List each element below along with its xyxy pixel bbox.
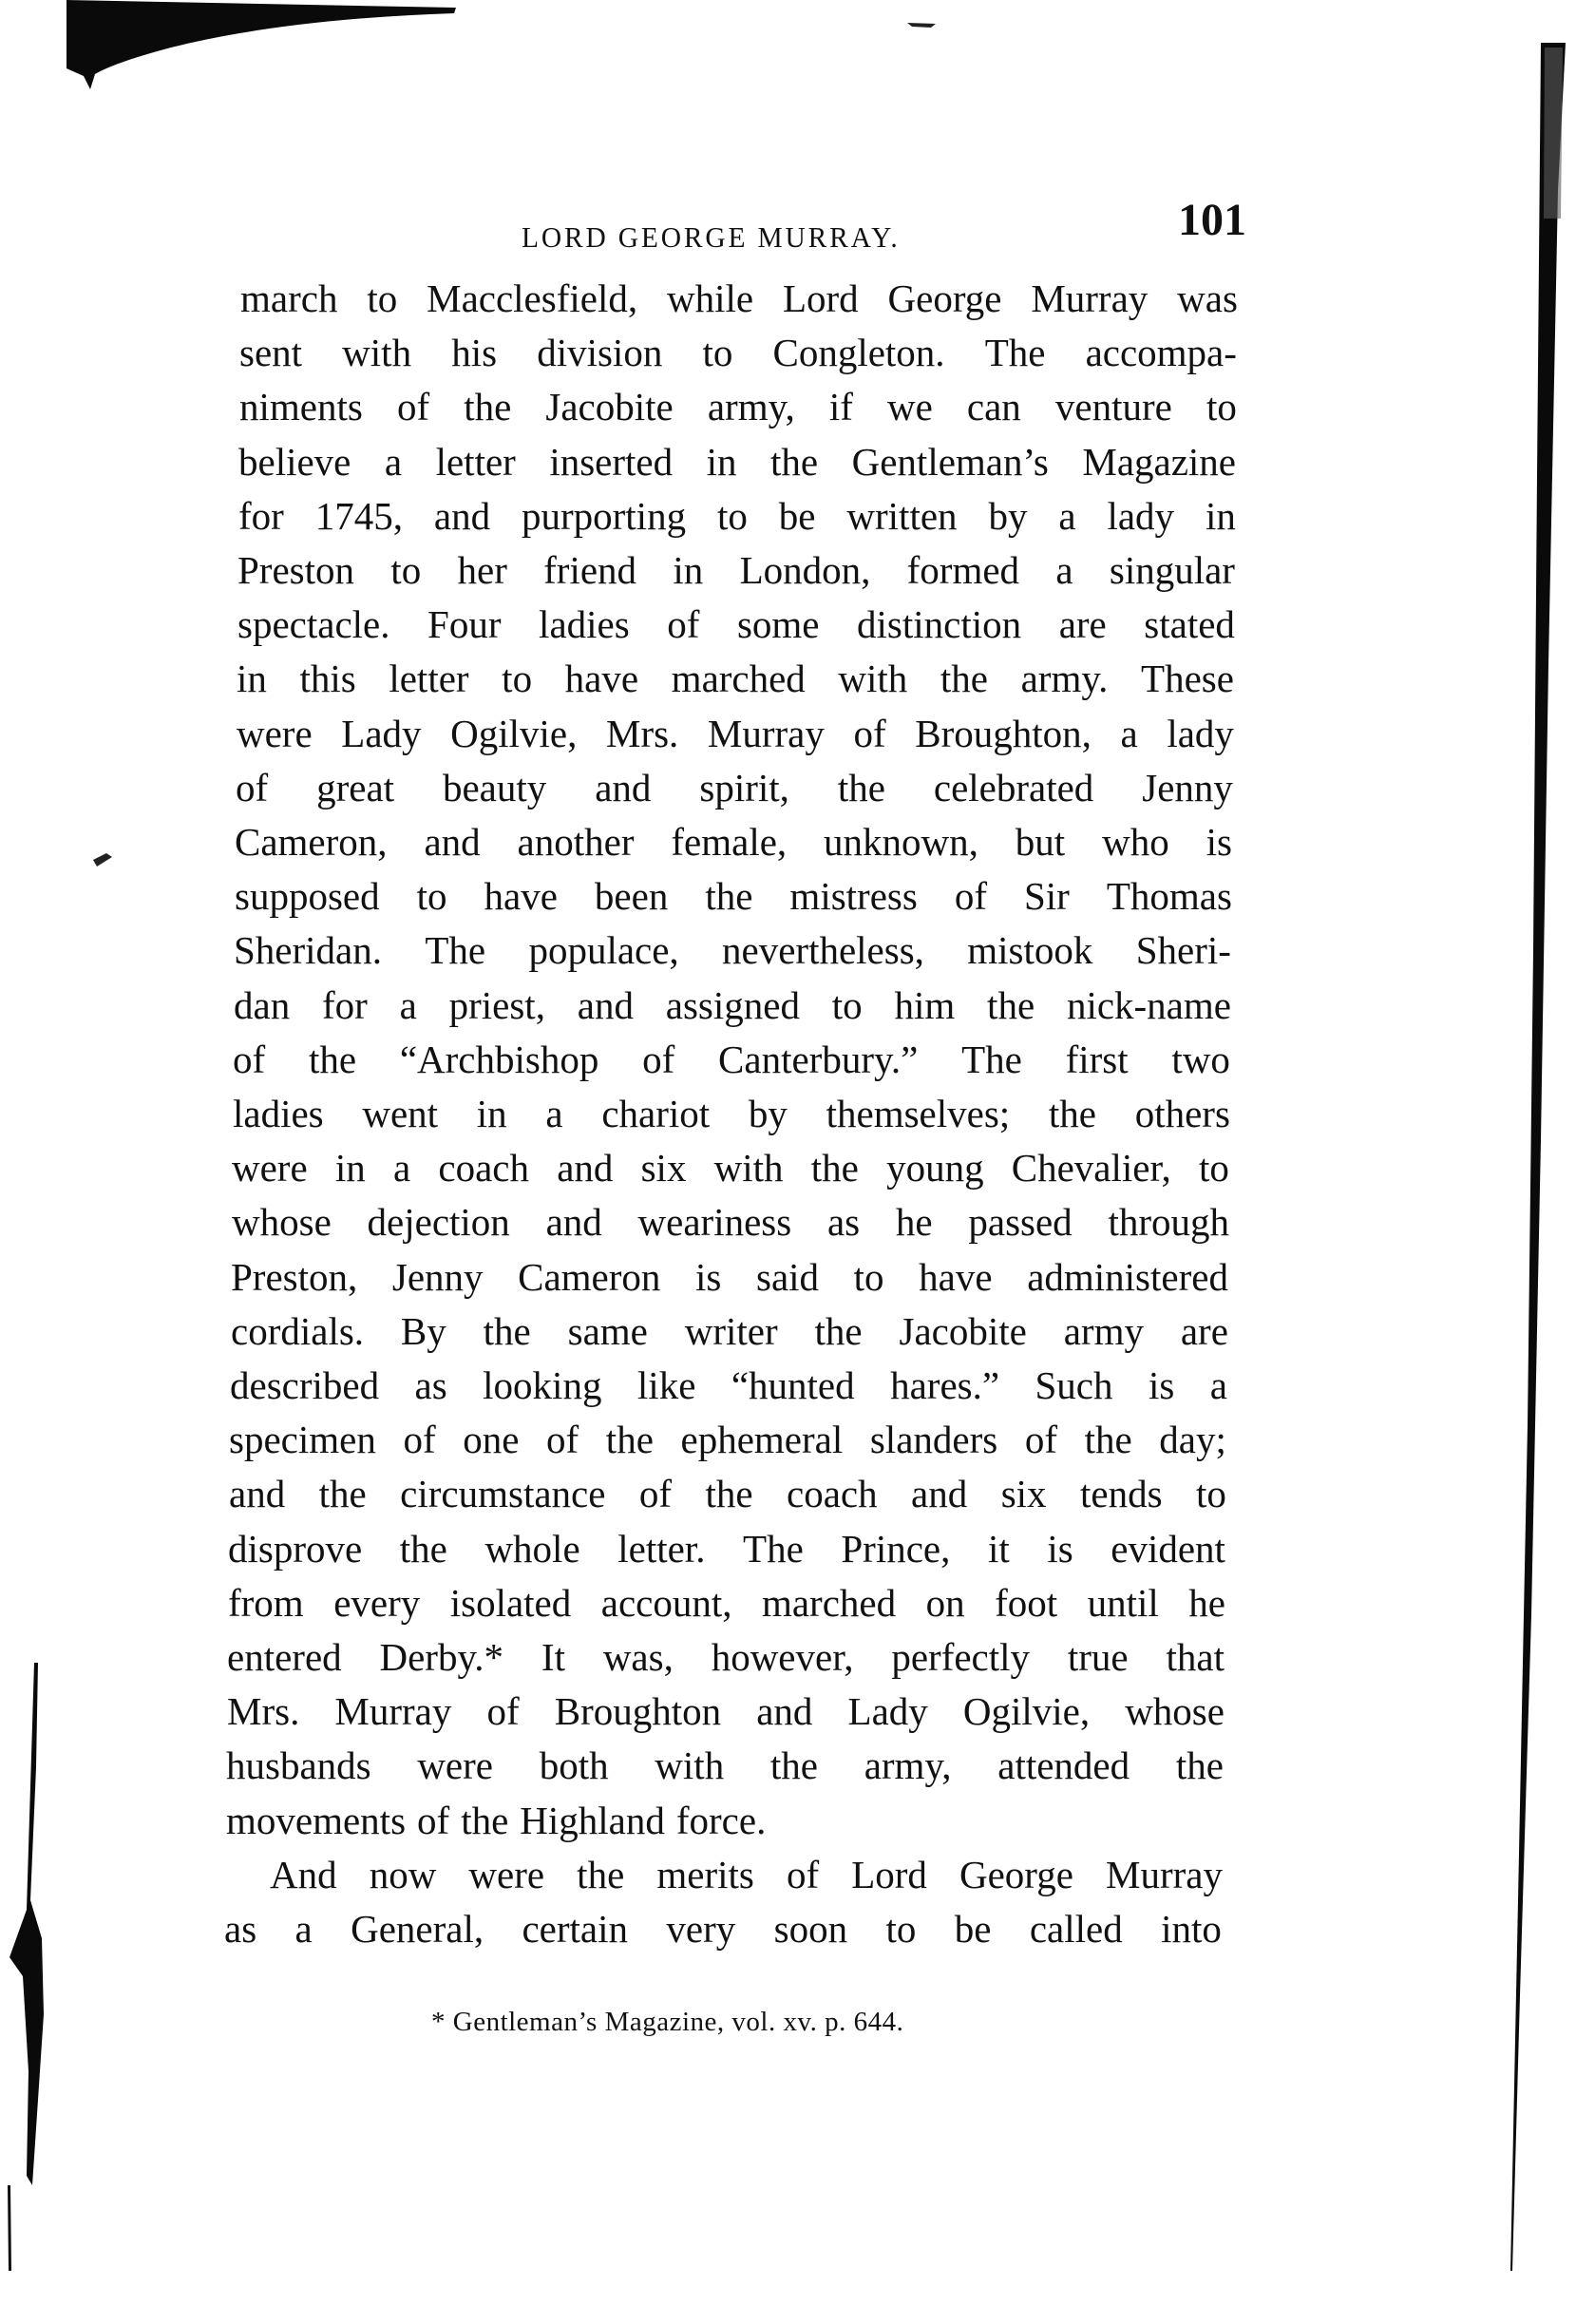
- word: however,: [712, 1630, 854, 1685]
- word: and: [424, 815, 480, 869]
- word: to: [417, 869, 447, 924]
- word: priest,: [449, 979, 545, 1033]
- word: George: [959, 1848, 1073, 1902]
- word: Gentleman’s: [852, 435, 1049, 489]
- word: the: [461, 1794, 508, 1848]
- word: letter: [436, 435, 516, 489]
- word: by: [988, 489, 1027, 543]
- word: singular: [1110, 543, 1235, 598]
- word: of: [955, 869, 987, 924]
- text-line: PrestontoherfriendinLondon,formedasingul…: [237, 543, 1235, 598]
- word: and: [578, 979, 634, 1033]
- word: is: [1047, 1522, 1073, 1576]
- word: were: [417, 1739, 493, 1793]
- word: Mrs.: [227, 1685, 299, 1739]
- word: Murray: [708, 707, 825, 761]
- word: It: [541, 1630, 565, 1685]
- word: husbands: [226, 1739, 371, 1793]
- text-line: describedaslookinglike“huntedhares.”Such…: [230, 1359, 1227, 1413]
- word: Four: [427, 598, 501, 652]
- word: mistress: [789, 869, 917, 924]
- running-title: LORD GEORGE MURRAY.: [522, 220, 901, 255]
- word: London,: [740, 543, 871, 598]
- word: first: [1066, 1033, 1129, 1087]
- word: Jenny: [1142, 761, 1233, 815]
- word: dejection: [368, 1195, 510, 1249]
- word: unknown,: [824, 815, 978, 869]
- word: as: [415, 1359, 447, 1413]
- word: a: [1058, 489, 1075, 543]
- word: to: [1206, 380, 1237, 434]
- word: dan: [234, 979, 290, 1033]
- word: of: [417, 1794, 449, 1848]
- word: but: [1016, 815, 1065, 869]
- word: very: [666, 1902, 735, 1956]
- word: letter.: [617, 1522, 705, 1576]
- word: spirit,: [699, 761, 789, 815]
- word: formed: [907, 543, 1019, 598]
- word: populace,: [528, 924, 678, 978]
- word: in: [1206, 489, 1236, 543]
- right-gutter-band: [1510, 43, 1566, 2271]
- word: be: [779, 489, 816, 543]
- word: a: [385, 435, 402, 489]
- word: spectacle.: [237, 598, 389, 652]
- text-line: wereLadyOgilvie,Mrs.MurrayofBroughton,al…: [237, 707, 1234, 761]
- word: army: [1064, 1305, 1144, 1359]
- word: ladies: [539, 598, 630, 652]
- word: the: [770, 1739, 818, 1793]
- word: the: [464, 380, 511, 434]
- word: to: [390, 543, 421, 598]
- word: Sir: [1024, 869, 1070, 924]
- word: Ogilvie,: [450, 707, 577, 761]
- text-line: enteredDerby.*Itwas,however,perfectlytru…: [227, 1630, 1225, 1685]
- word: Cameron,: [235, 815, 388, 869]
- text-line: believealetterinsertedintheGentleman’sMa…: [238, 435, 1236, 489]
- word: army,: [708, 380, 795, 434]
- word: chariot: [601, 1087, 710, 1141]
- word: The: [961, 1033, 1022, 1087]
- word: celebrated: [934, 761, 1093, 815]
- text-line: Mrs.MurrayofBroughtonandLadyOgilvie,whos…: [227, 1685, 1225, 1739]
- word: These: [1141, 652, 1234, 706]
- word: was: [1177, 272, 1238, 326]
- word: and: [756, 1685, 812, 1739]
- word: of: [236, 761, 268, 815]
- word: a: [295, 1902, 313, 1956]
- word: isolated: [450, 1576, 572, 1630]
- word: is: [1149, 1359, 1174, 1413]
- word: Sheri-: [1136, 924, 1231, 978]
- word: for: [322, 979, 368, 1033]
- word: with: [838, 652, 907, 706]
- word: nevertheless,: [722, 924, 924, 978]
- word: to: [1199, 1141, 1229, 1195]
- text-line: nimentsoftheJacobitearmy,ifwecanventuret…: [239, 380, 1237, 434]
- word: movements: [226, 1794, 406, 1848]
- word: is: [695, 1250, 721, 1305]
- word: six: [641, 1141, 687, 1195]
- word: Jenny: [392, 1250, 484, 1305]
- word: distinction: [857, 598, 1021, 652]
- word: Preston,: [231, 1250, 357, 1305]
- text-line: husbandswerebothwiththearmy,attendedthe: [226, 1739, 1224, 1793]
- left-edge-mark: [9, 1663, 44, 2185]
- word: of: [854, 707, 886, 761]
- text-line: disprovethewholeletter.ThePrince,itisevi…: [228, 1522, 1225, 1576]
- word: of: [642, 1033, 674, 1087]
- word: coach: [787, 1467, 878, 1521]
- text-line: AndnowwerethemeritsofLordGeorgeMurray: [270, 1848, 1223, 1902]
- word: this: [300, 652, 356, 706]
- word: were: [232, 1141, 308, 1195]
- word: the: [1085, 1413, 1132, 1467]
- word: young: [886, 1141, 984, 1195]
- word: are: [1059, 598, 1107, 652]
- word: as: [827, 1195, 860, 1249]
- word: of: [639, 1467, 672, 1521]
- word: every: [333, 1576, 420, 1630]
- word: he: [1188, 1576, 1225, 1630]
- right-gutter-stripes: [1544, 48, 1563, 219]
- word: foot: [995, 1576, 1057, 1630]
- word: Murray: [1031, 272, 1148, 326]
- word: in: [477, 1087, 507, 1141]
- text-line: cordials.BythesamewritertheJacobitearmya…: [231, 1305, 1228, 1359]
- word: army.: [1021, 652, 1109, 706]
- word: two: [1171, 1033, 1230, 1087]
- word: attended: [997, 1739, 1130, 1793]
- word: Jacobite: [545, 380, 673, 434]
- word: to: [502, 652, 532, 706]
- word: Mrs.: [606, 707, 678, 761]
- word: the: [811, 1141, 859, 1195]
- word: nick-name: [1067, 979, 1231, 1033]
- word: Ogilvie,: [963, 1685, 1090, 1739]
- word: the: [1049, 1087, 1096, 1141]
- word: with: [655, 1739, 724, 1793]
- word: themselves;: [826, 1087, 1011, 1141]
- word: the: [705, 1467, 752, 1521]
- top-center-speck: [907, 23, 936, 28]
- word: to: [702, 326, 732, 380]
- word: a: [400, 979, 417, 1033]
- word: the: [400, 1522, 447, 1576]
- word: have: [919, 1250, 992, 1305]
- word: Highland: [520, 1794, 665, 1848]
- word: Lord: [783, 272, 859, 326]
- text-line: whosedejectionandwearinessashepassedthro…: [232, 1195, 1229, 1249]
- word: The: [425, 924, 485, 978]
- text-line: marchtoMacclesfield,whileLordGeorgeMurra…: [240, 272, 1238, 326]
- word: if: [829, 380, 853, 434]
- word: of: [546, 1413, 579, 1467]
- word: Murray: [334, 1685, 451, 1739]
- word: niments: [239, 380, 363, 434]
- word: ladies: [233, 1087, 324, 1141]
- word: slanders: [870, 1413, 997, 1467]
- word: administered: [1027, 1250, 1228, 1305]
- word: Preston: [237, 543, 354, 598]
- word: he: [896, 1195, 933, 1249]
- word: of: [1025, 1413, 1057, 1467]
- word: 1745,: [315, 489, 403, 543]
- word: whose: [232, 1195, 332, 1249]
- word: of: [233, 1033, 265, 1087]
- word: George: [888, 272, 1002, 326]
- text-line: specimenofoneoftheephemeralslandersofthe…: [229, 1413, 1226, 1467]
- word: said: [756, 1250, 819, 1305]
- word: tends: [1080, 1467, 1163, 1521]
- word: with: [714, 1141, 784, 1195]
- word: writer: [685, 1305, 778, 1359]
- book-page: LORD GEORGE MURRAY. 101 marchtoMacclesfi…: [0, 0, 1576, 2324]
- word: are: [1181, 1305, 1228, 1359]
- word: the: [987, 979, 1035, 1033]
- word: Prince,: [841, 1522, 950, 1576]
- word: a: [1055, 543, 1073, 598]
- text-line: asaGeneral,certainverysoontobecalledinto: [224, 1902, 1222, 1956]
- word: coach: [438, 1141, 529, 1195]
- word: and: [546, 1195, 602, 1249]
- word: great: [316, 761, 394, 815]
- text-line: danforapriest,andassignedtohimthenick-na…: [234, 979, 1231, 1033]
- word: written: [846, 489, 957, 543]
- text-line: Sheridan.Thepopulace,nevertheless,mistoo…: [234, 924, 1231, 978]
- word: his: [451, 326, 497, 380]
- word: army,: [864, 1739, 952, 1793]
- text-line: ladieswentinachariotbythemselves;theothe…: [233, 1087, 1230, 1141]
- word: the: [1176, 1739, 1224, 1793]
- word: can: [967, 380, 1021, 434]
- word: of: [486, 1685, 519, 1739]
- word: marched: [672, 652, 806, 706]
- word: Murray: [1106, 1848, 1223, 1902]
- word: was,: [603, 1630, 674, 1685]
- text-line: for1745,andpurportingtobewrittenbyaladyi…: [238, 489, 1236, 543]
- word: be: [955, 1902, 992, 1956]
- word: the: [577, 1848, 624, 1902]
- word: Congleton.: [772, 326, 944, 380]
- word: marched: [762, 1576, 896, 1630]
- word: until: [1088, 1576, 1159, 1630]
- word: The: [985, 326, 1046, 380]
- word: from: [228, 1576, 304, 1630]
- word: mistook: [967, 924, 1092, 978]
- word: and: [557, 1141, 613, 1195]
- word: Sheridan.: [234, 924, 382, 978]
- text-line: Cameron,andanotherfemale,unknown,butwhoi…: [235, 815, 1232, 869]
- word: lady: [1167, 707, 1234, 761]
- word: account,: [601, 1576, 732, 1630]
- word: that: [1167, 1630, 1225, 1685]
- word: venture: [1055, 380, 1172, 434]
- word: went: [362, 1087, 438, 1141]
- word: who: [1102, 815, 1169, 869]
- word: weariness: [638, 1195, 792, 1249]
- text-line: inthislettertohavemarchedwiththearmy.The…: [237, 652, 1234, 706]
- word: Lady: [341, 707, 421, 761]
- word: assigned: [666, 979, 800, 1033]
- word: of: [787, 1848, 819, 1902]
- word: been: [595, 869, 668, 924]
- word: evident: [1111, 1522, 1225, 1576]
- word: Lady: [848, 1685, 928, 1739]
- word: into: [1161, 1902, 1222, 1956]
- word: merits: [656, 1848, 753, 1902]
- word: another: [518, 815, 635, 869]
- word: beauty: [443, 761, 546, 815]
- word: a: [545, 1087, 562, 1141]
- word: And: [270, 1848, 337, 1902]
- word: The: [743, 1522, 804, 1576]
- word: Macclesfield,: [427, 272, 637, 326]
- word: to: [1196, 1467, 1226, 1521]
- word: same: [568, 1305, 648, 1359]
- word: Such: [1035, 1359, 1113, 1413]
- word: as: [224, 1902, 256, 1956]
- word: Broughton,: [915, 707, 1092, 761]
- text-line: movementsoftheHighlandforce.: [226, 1794, 777, 1848]
- word: ephemeral: [681, 1413, 844, 1467]
- word: one: [463, 1413, 519, 1467]
- word: a: [1121, 707, 1138, 761]
- word: letter: [389, 652, 468, 706]
- word: the: [606, 1413, 654, 1467]
- word: and: [911, 1467, 967, 1521]
- word: Cameron: [518, 1250, 660, 1305]
- word: him: [894, 979, 955, 1033]
- word: while: [667, 272, 753, 326]
- margin-speck: [93, 853, 112, 867]
- word: certain: [522, 1902, 628, 1956]
- page-number: 101: [1178, 194, 1246, 246]
- word: to: [832, 979, 863, 1033]
- word: in: [335, 1141, 366, 1195]
- word: on: [926, 1576, 965, 1630]
- text-line: andthecircumstanceofthecoachandsixtendst…: [229, 1467, 1226, 1521]
- word: Derby.*: [380, 1630, 504, 1685]
- word: female,: [671, 815, 787, 869]
- word: others: [1135, 1087, 1230, 1141]
- word: supposed: [235, 869, 380, 924]
- footnote: * Gentleman’s Magazine, vol. xv. p. 644.: [431, 2007, 903, 2038]
- word: stated: [1144, 598, 1235, 652]
- word: of: [397, 380, 429, 434]
- word: whole: [484, 1522, 579, 1576]
- word: General,: [351, 1902, 484, 1956]
- text-line: wereinacoachandsixwiththeyoungChevalier,…: [232, 1141, 1229, 1195]
- word: division: [537, 326, 662, 380]
- word: called: [1030, 1902, 1123, 1956]
- word: march: [240, 272, 337, 326]
- word: friend: [543, 543, 636, 598]
- word: and: [229, 1467, 285, 1521]
- text-line: spectacle.Fourladiesofsomedistinctionare…: [237, 598, 1235, 652]
- word: Canterbury.”: [718, 1033, 918, 1087]
- word: and: [595, 761, 651, 815]
- word: the: [309, 1033, 356, 1087]
- word: perfectly: [891, 1630, 1030, 1685]
- word: were: [237, 707, 313, 761]
- word: to: [854, 1250, 884, 1305]
- word: have: [484, 869, 558, 924]
- word: lady: [1107, 489, 1174, 543]
- word: passed: [968, 1195, 1072, 1249]
- text-line: ofthe“ArchbishopofCanterbury.”Thefirsttw…: [233, 1033, 1230, 1087]
- word: looking: [483, 1359, 601, 1413]
- word: believe: [238, 435, 351, 489]
- word: Jacobite: [900, 1305, 1027, 1359]
- word: Magazine: [1082, 435, 1236, 489]
- word: now: [370, 1848, 437, 1902]
- word: sent: [239, 326, 302, 380]
- word: some: [737, 598, 820, 652]
- word: a: [393, 1141, 410, 1195]
- word: true: [1068, 1630, 1129, 1685]
- word: in: [673, 543, 703, 598]
- word: the: [705, 869, 752, 924]
- word: disprove: [228, 1522, 362, 1576]
- word: of: [667, 598, 699, 652]
- word: the: [484, 1305, 531, 1359]
- word: by: [749, 1087, 788, 1141]
- word: force.: [676, 1794, 766, 1848]
- text-line: Preston,JennyCameronissaidtohaveadminist…: [231, 1250, 1228, 1305]
- word: to: [885, 1902, 916, 1956]
- word: Thomas: [1107, 869, 1232, 924]
- word: entered: [227, 1630, 342, 1685]
- text-line: ofgreatbeautyandspirit,thecelebratedJenn…: [236, 761, 1233, 815]
- word: for: [238, 489, 284, 543]
- word: her: [458, 543, 507, 598]
- word: soon: [774, 1902, 847, 1956]
- word: we: [887, 380, 933, 434]
- word: in: [707, 435, 737, 489]
- word: the: [815, 1305, 863, 1359]
- word: purporting: [522, 489, 686, 543]
- word: were: [468, 1848, 544, 1902]
- word: By: [401, 1305, 446, 1359]
- word: “hunted: [731, 1359, 855, 1413]
- word: specimen: [229, 1413, 376, 1467]
- word: is: [1206, 815, 1232, 869]
- top-left-shadow-mark: [66, 0, 456, 89]
- word: the: [838, 761, 885, 815]
- word: whose: [1125, 1685, 1225, 1739]
- word: through: [1108, 1195, 1229, 1249]
- word: to: [367, 272, 397, 326]
- word: with: [342, 326, 411, 380]
- word: accompa-: [1086, 326, 1237, 380]
- text-line: supposedtohavebeenthemistressofSirThomas: [235, 869, 1232, 924]
- left-edge-line: [8, 2185, 11, 2271]
- word: described: [230, 1359, 379, 1413]
- word: day;: [1159, 1413, 1226, 1467]
- word: both: [540, 1739, 609, 1793]
- word: like: [637, 1359, 695, 1413]
- word: have: [565, 652, 638, 706]
- word: six: [1001, 1467, 1047, 1521]
- text-line: sentwithhisdivisiontoCongleton.Theaccomp…: [239, 326, 1237, 380]
- word: the: [319, 1467, 367, 1521]
- word: to: [717, 489, 748, 543]
- word: it: [988, 1522, 1010, 1576]
- text-line: fromeveryisolatedaccount,marchedonfootun…: [228, 1576, 1225, 1630]
- word: Chevalier,: [1012, 1141, 1171, 1195]
- word: and: [434, 489, 490, 543]
